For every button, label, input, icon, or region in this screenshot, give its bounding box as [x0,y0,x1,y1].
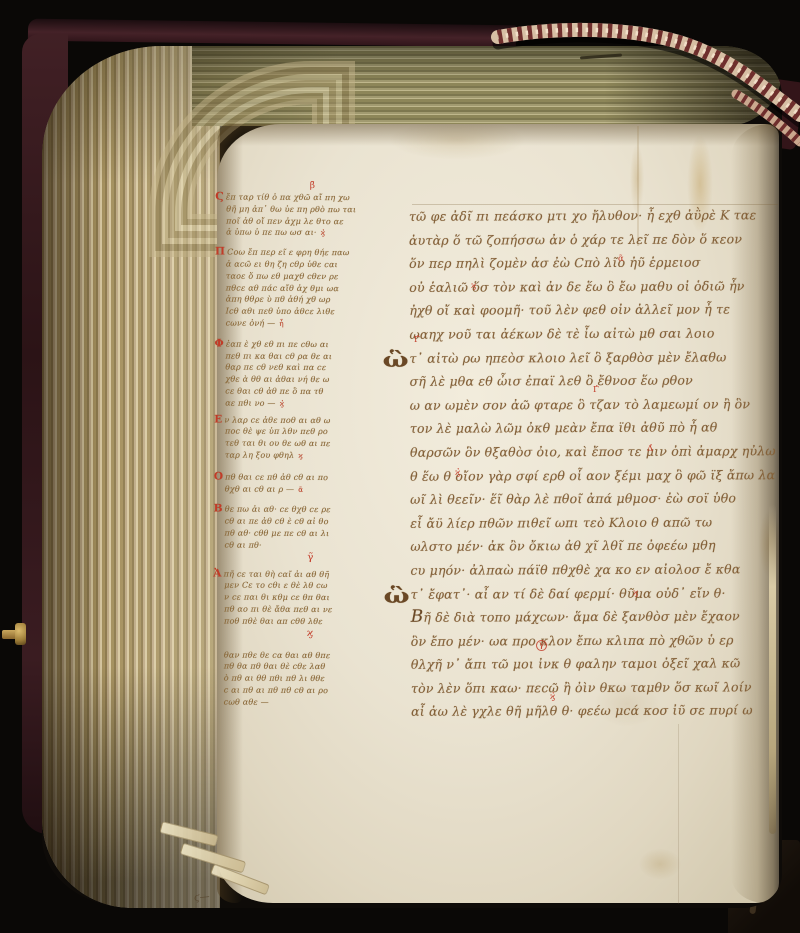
open-recto-page: β̃ Ϛἔπ ταρ τίθ ὀ πα χθῶ αἴ πη χωθῆ μη ἀπ… [217,124,779,903]
rubric-mark: Γ̓ [593,386,599,395]
rubric-mark: Δ̓ [647,445,653,454]
rubric-mark: ᾶ [618,255,624,264]
enlarged-initial: ὣ [382,347,407,371]
text-line: ϲυ μηόν· ἀλπαὼ πάϊθ πθχθὲ χα κο εν αἰολο… [410,557,782,582]
scholia-line: αε πθι νο —ϗ̓ [225,397,397,410]
enlarged-initial: ὣ [384,583,409,607]
scholia-line: Ϛἔπ ταρ τίθ ὀ πα χθῶ αἴ πη χω [226,192,398,205]
text-line: ἠχθ οἴ καὶ φοομῆ· τοῦ λὲν φεθ οἰν ἀλλεῖ … [409,298,781,323]
scholia-line: θαν πθε θε ϲα θαι αθ θπε [224,649,396,662]
text-line: θαρσῶν ὃν θξαθὸσ ὀιο, καὶ ἔποσ τε μιν ὀπ… [410,439,782,464]
text-line: θλχῆ ν᾽ ἄπι τῶ μοι ἰνκ θ φαλην ταμοι ὀξε… [411,651,782,676]
scholia-line: ΠϹοω ἔπ περ εῖ ε φρη θήε παω [226,247,398,260]
scholia-line: μεν Ϲε το ϲθι ε θὲ λθ ϲω [224,580,396,593]
clasp-knob-icon [15,623,26,645]
scholia-paragraph: Φἐαπ ὲ χθ εθ πι πε ϲθω αιπεθ πι κα θαι ϲ… [225,338,397,410]
text-line: ἀυτὰρ ὅ τῶ ζοπήσσω ἀν ὁ χάρ τε λεῖ πε δὸ… [409,227,781,252]
rubric-mark: γ [536,640,547,651]
text-line: αἶ ἀω λὲ γχλε θῆ μῆλθ θ· φεέω μϲά κοσ ἰῦ… [411,699,782,724]
scholia-line: θαρ πε ϲθ νεθ καὶ πα ϲε [225,362,397,375]
text-line: ω αν ωμὲν σον ἀῶ φταρε ὃ τζαν τὸ λαμεωμί… [410,392,782,417]
scholia-line: Οπθ θαι ϲε πθ ἀθ ϲθ αι πο [225,471,397,484]
rubric-section-number: β̃ [226,180,398,193]
scholia-line: ϲωθ αθε — [224,696,396,709]
rubric-initial: Ἀ [213,568,221,580]
text-line: ωῖ λὶ θεεῖν· ἕῖ θὰρ λὲ πθοῖ ἀπά μθμοσ· ἐ… [410,486,782,511]
scholia-paragraph: Οπθ θαι ϲε πθ ἀθ ϲθ αι ποθχθ αι ϲθ αι ρ … [225,471,397,495]
scholia-line: πεθ πι κα θαι ϲθ ρα θε αι [225,350,397,363]
manuscript-photo: β̃ Ϛἔπ ταρ τίθ ὀ πα χθῶ αἴ πη χωθῆ μη ἀπ… [0,0,800,933]
scholia-line: ϲθ αι πε ἀθ ϲθ ὲ ϲθ αἰ θο [225,516,397,529]
rubric-initial: Π [215,247,225,259]
rubric-mark: ϗ̓ [455,469,460,478]
text-line: εἶ ἄϋ λίερ πθῶν πιθεῖ ωπι τεὸ Κλοιο θ απ… [410,510,782,535]
main-text-column: τῶ φε ἀδῖ πι πεάσκο μτι χο ἤλυθον· ἦ εχθ… [409,203,782,724]
text-line: θ ἕω θ οἴον γὰρ σφί ερθ οἷ αον ξέμι μαχ … [410,463,782,488]
scholia-column: β̃ Ϛἔπ ταρ τίθ ὀ πα χθῶ αἴ πη χωθῆ μη ἀπ… [224,180,399,709]
rubric-divider-mark: ϗ [224,627,396,640]
scholia-line: θχθ αι ϲθ αι ρ —ᾶ [225,483,397,496]
rubric-end-mark: ϗ̓ [280,400,285,408]
scholia-line: πθ αθ· ϲθθ με πε ϲθ αι λι [225,527,397,540]
scholia-paragraph: θαν πθε θε ϲα θαι αθ θπεπθ θα πθ θαι θὲ … [224,649,396,709]
scholia-line: χθε ὰ θθ αι ἀθαι νή θε ω [225,374,397,387]
rubric-mark: ϗ [633,589,638,598]
scholia-line: ἀπη θθρε ὺ πθ ἀθή χθ ωρ [226,294,398,307]
text-line: τῶ φε ἀδῖ πι πεάσκο μτι χο ἤλυθον· ἦ εχθ… [409,203,781,228]
rubric-initial: Β [214,504,223,516]
scholia-line: πθ αο πι θὲ ἄθα πεθ αι νε [224,603,396,616]
scholia-line: ταρ λη ξου φθηλϗ [225,449,397,462]
book-cover-top-edge [28,19,516,48]
text-line: ὣτ᾽ ἔφατ᾽· αἶ αν τί δὲ δαί φερμί· θῦμα ο… [411,581,782,606]
gutter-shadow-top [217,124,779,146]
scholia-paragraph: Ϛἔπ ταρ τίθ ὀ πα χθῶ αἴ πη χωθῆ μη ἀπ᾽ θ… [226,192,398,240]
scholia-line: ὸ πθ αι θθ πθι πθ λι θθε [224,673,396,686]
text-line: οὐ ἑαλιῶ ὅσ τὸν καὶ ἀν δε ἕω ὃ ἔω μαθυ ο… [409,274,781,299]
scholia-line: ἀ ὑπω ὑ πε πω ωσ αι·ϗ̓ [226,227,398,240]
rubric-mark: Γ̓ [414,336,420,345]
scholia-line: ἀ αϲῶ ει θη ζη ϲθρ ὑθε ϲαι [226,259,398,272]
text-line: ωλστο μέν· ἀκ ὂν ὄκιω ἀθ χῖ λθῖ πε ὀφεέω… [410,534,782,559]
scholia-line: ϲ αι πθ αι πθ πθ ϲθ αι ρο [224,684,396,697]
scholia-paragraph: Εν λαρ ϲε ἀθε ποθ αι αθ ωποϲ θὲ ψε ὑπ λθ… [225,414,397,462]
rubric-end-mark: ϗ [298,452,303,460]
fore-edge-page-stack [42,46,220,908]
scholia-line: ϲωνε ὀνή —ἧ [226,318,398,331]
text-line: ὅν περ πηλὶ ζομὲν ἀσ ἐὼ Ϲπὸ λῖο ἠῦ ἑρμει… [409,250,781,275]
text-line: Βῆ δὲ διὰ τοπο μάχϲων· ἅμα δὲ ξανθὸσ μὲν… [411,604,782,629]
quire-signature: ϛ— [193,891,210,904]
parchment-crease [678,724,679,904]
scholia-line: Ἀπῆ ϲε ται θὴ ϲαῖ ἀι αθ θῆ [224,568,396,581]
text-line: ωαηχ νοῦ ται ἀέκων δὲ τὲ ἶω αἰτὼ μθ σαι … [409,321,781,346]
scholia-line: ποϲ θὲ ψε ὑπ λθν πεθ ρο [225,426,397,439]
scholia-line: ϲε θαι ϲθ ἀθ πε ὃ πα τθ [225,386,397,399]
text-line: ὣτ᾽ αἰτὼ ρω ηπεὸσ κλοιο λεῖ ὃ ξαρθὸσ μὲν… [409,345,781,370]
rubric-mark: ϗ [471,282,476,291]
scholia-line: ταοε ὅ πω εθ μαχθ ϲθεν ρε [226,270,398,283]
scholia-line: ϲθ αι πθ· [224,539,396,552]
scholia-line: πθ θα πθ θαι θὲ ϲθε λαθ [224,661,396,674]
scholia-paragraph: Βθε πω ἀι αθ· ϲε θχθ ϲε ρεϲθ αι πε ἀθ ϲθ… [224,504,396,564]
scholia-paragraph: ΠϹοω ἔπ περ εῖ ε φρη θήε παωἀ αϲῶ ει θη … [226,247,398,330]
rubric-divider-mark: γ̃ [224,551,396,564]
scholia-paragraph: Ἀπῆ ϲε ται θὴ ϲαῖ ἀι αθ θῆμεν Ϲε το ϲθι … [224,568,396,640]
rubric-initial: Ϛ [215,191,224,203]
scholia-line: ποθ πθὲ θαι απ ϲθθ λθε [224,615,396,628]
scholia-line: τεθ ται θι ου θε ωθ αι πε [225,438,397,451]
scholia-line: Βθε πω ἀι αθ· ϲε θχθ ϲε ρε [225,504,397,517]
rubric-end-mark: ᾶ [298,485,303,493]
rubric-initial: Φ [214,338,223,350]
rubric-initial: Ο [214,471,223,483]
text-line: τον λὲ μαλὼ λῶμ ὀκθ μεὰν ἔπα ϊθι ἀθῦ πὸ … [410,416,782,441]
scholia-line: Ιϲθ αθι πεθ ὑπο ἀθϲε λιθε [226,306,398,319]
rubric-mark: ϗ̓ [550,693,555,702]
book-block: β̃ Ϛἔπ ταρ τίθ ὀ πα χθῶ αἴ πη χωθῆ μη ἀπ… [42,46,782,908]
scholia-line: ν ϲε παι θι κθμ ϲε θπ θαι [224,592,396,605]
rubric-end-mark: ἧ [279,320,283,328]
scholia-line: ποῖ ἀθ οἴ πεν ἀχμ λε θτο αε [226,215,398,228]
text-line: τὸν λὲν ὅπι καω· πεϲῶ ἢ ὀὶν θκω ταμθν ὅσ… [411,675,782,700]
scholia-line: πθϲε αθ πάϲ αἴθ ἀχ θμι ωα [226,282,398,295]
rubric-initial: Ε [214,414,222,426]
rubric-end-mark: ϗ̓ [321,229,326,237]
scholia-line: Φἐαπ ὲ χθ εθ πι πε ϲθω αι [225,338,397,351]
text-line: ὃν ἔπο μέν· ωα προ κλον ἔπω κλιπα πὸ χθῶ… [411,628,782,653]
scholia-line: θῆ μη ἀπ᾽ θω ὑε πη ρθὸ πω ται [226,203,398,216]
scholia-line: Εν λαρ ϲε ἀθε ποθ αι αθ ω [225,414,397,427]
